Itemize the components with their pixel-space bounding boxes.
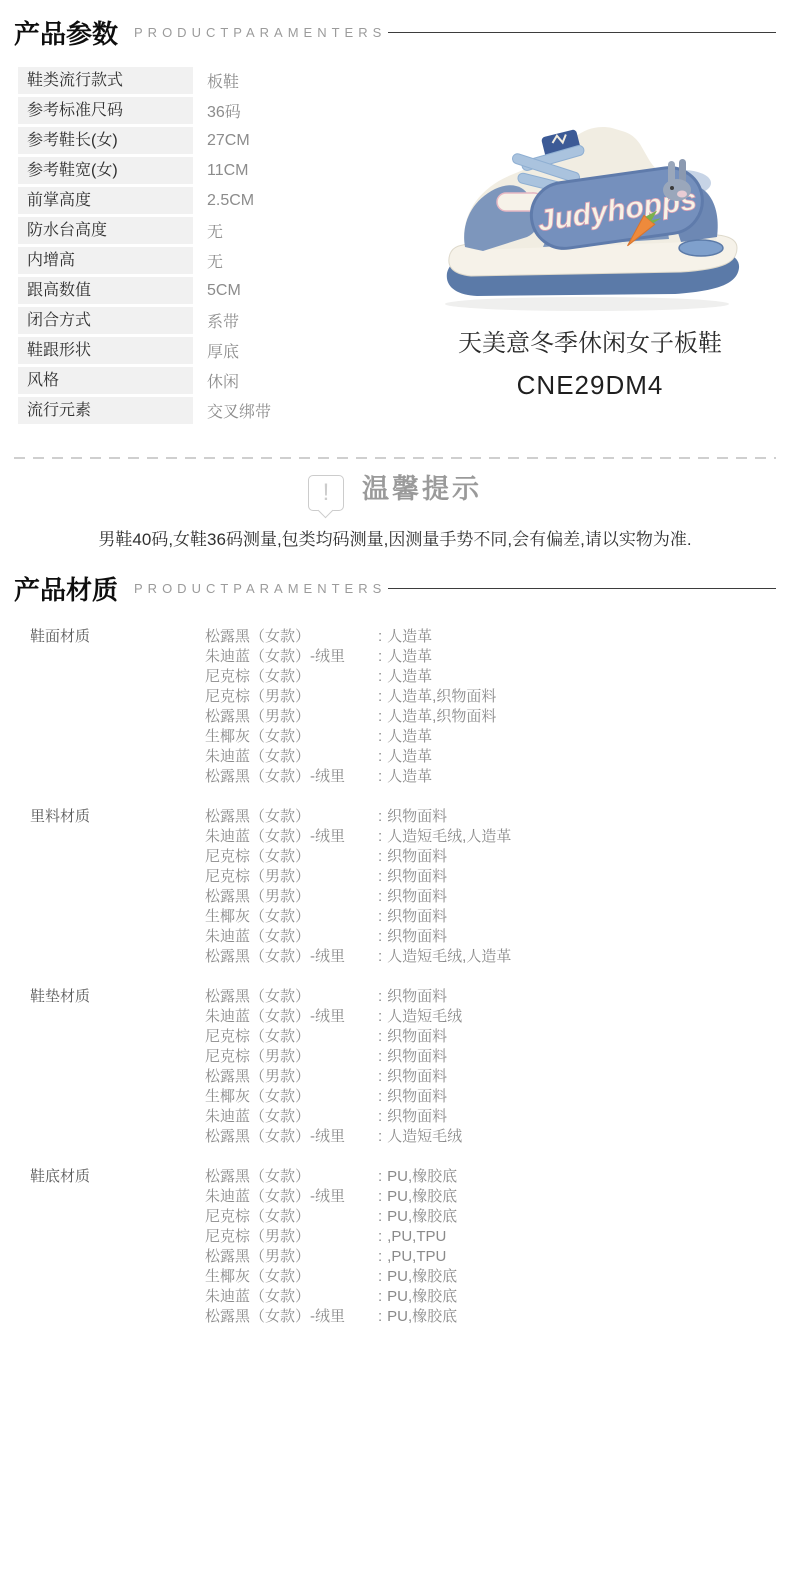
colon-separator: :: [378, 1047, 382, 1067]
colon-separator: :: [378, 1267, 382, 1287]
list-item: 松露黑（女款）:织物面料: [205, 807, 790, 827]
param-label: 参考标准尺码: [18, 97, 193, 124]
param-table: 鞋类流行款式 板鞋 参考标准尺码 36码 参考鞋长(女) 27CM 参考鞋宽(女…: [18, 67, 390, 427]
param-label: 跟高数值: [18, 277, 193, 304]
list-item: 松露黑（女款）:PU,橡胶底: [205, 1167, 790, 1187]
list-item: 松露黑（女款）:人造革: [205, 627, 790, 647]
colon-separator: :: [378, 807, 382, 827]
colon-separator: :: [378, 1167, 382, 1187]
material-value: 织物面料: [387, 1107, 447, 1127]
material-value: PU,橡胶底: [387, 1187, 457, 1207]
param-label: 参考鞋宽(女): [18, 157, 193, 184]
colon-separator: :: [378, 1087, 382, 1107]
param-label: 风格: [18, 367, 193, 394]
material-group-label: 鞋底材质: [30, 1167, 205, 1327]
table-row: 鞋类流行款式 板鞋: [18, 67, 390, 94]
material-group-insole: 鞋垫材质 松露黑（女款）:织物面料 朱迪蓝（女款）-绒里:人造短毛绒 尼克棕（女…: [0, 987, 790, 1147]
param-value: 无: [193, 219, 223, 242]
colon-separator: :: [378, 827, 382, 847]
material-value: ,PU,TPU: [387, 1227, 446, 1247]
material-variant: 松露黑（女款）: [205, 807, 378, 827]
exclamation-bubble-icon: !: [308, 475, 344, 511]
param-label: 内增高: [18, 247, 193, 274]
material-variant: 朱迪蓝（女款）: [205, 1107, 378, 1127]
table-row: 前掌高度 2.5CM: [18, 187, 390, 214]
list-item: 松露黑（女款）-绒里:人造短毛绒,人造革: [205, 947, 790, 967]
material-variant: 松露黑（男款）: [205, 887, 378, 907]
material-variant: 朱迪蓝（女款）: [205, 927, 378, 947]
params-section-header: 产品参数 PRODUCTPARAMENTERS: [0, 0, 790, 51]
material-variant: 松露黑（女款）-绒里: [205, 767, 378, 787]
list-item: 松露黑（女款）-绒里:PU,橡胶底: [205, 1307, 790, 1327]
material-group-items: 松露黑（女款）:PU,橡胶底 朱迪蓝（女款）-绒里:PU,橡胶底 尼克棕（女款）…: [205, 1167, 790, 1327]
material-value: 织物面料: [387, 1047, 447, 1067]
colon-separator: :: [378, 947, 382, 967]
material-variant: 松露黑（女款）-绒里: [205, 947, 378, 967]
materials-section-title: 产品材质: [14, 570, 118, 607]
material-group-label: 里料材质: [30, 807, 205, 967]
material-value: 织物面料: [387, 887, 447, 907]
tips-note: 男鞋40码,女鞋36码测量,包类均码测量,因测量手势不同,会有偏差,请以实物为准…: [0, 525, 790, 550]
shoe-shadow: [445, 297, 729, 311]
colon-separator: :: [378, 1067, 382, 1087]
material-group-label: 鞋垫材质: [30, 987, 205, 1147]
material-variant: 松露黑（女款）-绒里: [205, 1127, 378, 1147]
material-variant: 朱迪蓝（女款）-绒里: [205, 1007, 378, 1027]
param-value: 无: [193, 249, 223, 272]
colon-separator: :: [378, 667, 382, 687]
material-variant: 尼克棕（男款）: [205, 867, 378, 887]
colon-separator: :: [378, 1287, 382, 1307]
param-label: 防水台高度: [18, 217, 193, 244]
material-value: PU,橡胶底: [387, 1207, 457, 1227]
colon-separator: :: [378, 907, 382, 927]
colon-separator: :: [378, 1247, 382, 1267]
colon-separator: :: [378, 627, 382, 647]
colon-separator: :: [378, 1227, 382, 1247]
colon-separator: :: [378, 1127, 382, 1147]
param-label: 鞋跟形状: [18, 337, 193, 364]
material-variant: 尼克棕（女款）: [205, 1207, 378, 1227]
material-variant: 尼克棕（女款）: [205, 667, 378, 687]
table-row: 跟高数值 5CM: [18, 277, 390, 304]
table-row: 参考鞋宽(女) 11CM: [18, 157, 390, 184]
table-row: 参考标准尺码 36码: [18, 97, 390, 124]
product-detail-page: 产品参数 PRODUCTPARAMENTERS 鞋类流行款式 板鞋 参考标准尺码…: [0, 0, 790, 1570]
colon-separator: :: [378, 767, 382, 787]
materials-section-subtitle: PRODUCTPARAMENTERS: [134, 581, 386, 596]
materials-section-header: 产品材质 PRODUCTPARAMENTERS: [0, 570, 790, 607]
param-value: 27CM: [193, 132, 250, 150]
table-row: 流行元素 交叉绑带: [18, 397, 390, 424]
param-label: 前掌高度: [18, 187, 193, 214]
params-section-title: 产品参数: [14, 14, 118, 51]
list-item: 尼克棕（男款）:织物面料: [205, 1047, 790, 1067]
list-item: 松露黑（男款）:,PU,TPU: [205, 1247, 790, 1267]
material-value: 织物面料: [387, 1087, 447, 1107]
list-item: 朱迪蓝（女款）-绒里:人造短毛绒: [205, 1007, 790, 1027]
colon-separator: :: [378, 1207, 382, 1227]
params-section-subtitle: PRODUCTPARAMENTERS: [134, 25, 386, 40]
param-value: 板鞋: [193, 69, 239, 92]
list-item: 朱迪蓝（女款）-绒里:PU,橡胶底: [205, 1187, 790, 1207]
param-value: 11CM: [193, 162, 249, 180]
material-variant: 朱迪蓝（女款）-绒里: [205, 1187, 378, 1207]
list-item: 朱迪蓝（女款）:PU,橡胶底: [205, 1287, 790, 1307]
material-value: 织物面料: [387, 847, 447, 867]
list-item: 尼克棕（女款）:人造革: [205, 667, 790, 687]
list-item: 松露黑（女款）-绒里:人造短毛绒: [205, 1127, 790, 1147]
list-item: 松露黑（男款）:织物面料: [205, 887, 790, 907]
material-value: PU,橡胶底: [387, 1267, 457, 1287]
param-value: 5CM: [193, 282, 241, 300]
material-variant: 朱迪蓝（女款）-绒里: [205, 827, 378, 847]
list-item: 尼克棕（男款）:人造革,织物面料: [205, 687, 790, 707]
colon-separator: :: [378, 1307, 382, 1327]
material-value: ,PU,TPU: [387, 1247, 446, 1267]
colon-separator: :: [378, 987, 382, 1007]
material-variant: 松露黑（女款）: [205, 987, 378, 1007]
colon-separator: :: [378, 1187, 382, 1207]
param-label: 闭合方式: [18, 307, 193, 334]
table-row: 闭合方式 系带: [18, 307, 390, 334]
colon-separator: :: [378, 647, 382, 667]
material-variant: 松露黑（男款）: [205, 707, 378, 727]
material-value: 人造短毛绒: [387, 1007, 462, 1027]
colon-separator: :: [378, 747, 382, 767]
material-group-items: 松露黑（女款）:织物面料 朱迪蓝（女款）-绒里:人造短毛绒,人造革 尼克棕（女款…: [205, 807, 790, 967]
list-item: 生椰灰（女款）:织物面料: [205, 907, 790, 927]
material-variant: 松露黑（女款）: [205, 1167, 378, 1187]
list-item: 朱迪蓝（女款）:织物面料: [205, 1107, 790, 1127]
param-label: 参考鞋长(女): [18, 127, 193, 154]
colon-separator: :: [378, 847, 382, 867]
material-variant: 尼克棕（男款）: [205, 687, 378, 707]
param-label: 流行元素: [18, 397, 193, 424]
colon-separator: :: [378, 1107, 382, 1127]
header-rule: [388, 32, 776, 33]
list-item: 松露黑（男款）:人造革,织物面料: [205, 707, 790, 727]
material-value: PU,橡胶底: [387, 1307, 457, 1327]
table-row: 防水台高度 无: [18, 217, 390, 244]
material-variant: 生椰灰（女款）: [205, 1087, 378, 1107]
material-variant: 尼克棕（男款）: [205, 1047, 378, 1067]
colon-separator: :: [378, 927, 382, 947]
list-item: 尼克棕（女款）:PU,橡胶底: [205, 1207, 790, 1227]
dashed-divider: [14, 457, 776, 459]
material-value: 织物面料: [387, 1067, 447, 1087]
material-value: 人造短毛绒,人造革: [387, 827, 511, 847]
list-item: 朱迪蓝（女款）:织物面料: [205, 927, 790, 947]
material-value: 织物面料: [387, 867, 447, 887]
material-value: 织物面料: [387, 927, 447, 947]
product-code: CNE29DM4: [517, 370, 664, 401]
material-variant: 朱迪蓝（女款）: [205, 747, 378, 767]
material-value: 人造革: [387, 667, 432, 687]
list-item: 生椰灰（女款）:人造革: [205, 727, 790, 747]
list-item: 尼克棕（男款）:,PU,TPU: [205, 1227, 790, 1247]
list-item: 尼克棕（女款）:织物面料: [205, 847, 790, 867]
material-value: 人造革,织物面料: [387, 687, 496, 707]
material-variant: 生椰灰（女款）: [205, 907, 378, 927]
material-group-items: 松露黑（女款）:人造革 朱迪蓝（女款）-绒里:人造革 尼克棕（女款）:人造革 尼…: [205, 627, 790, 787]
param-value: 交叉绑带: [193, 399, 271, 422]
material-variant: 尼克棕（男款）: [205, 1227, 378, 1247]
shoe-image: Judyhopps: [425, 97, 755, 319]
list-item: 尼克棕（女款）:织物面料: [205, 1027, 790, 1047]
param-value: 36码: [193, 99, 241, 122]
colon-separator: :: [378, 1007, 382, 1027]
product-block: Judyhopps 天美意冬季休闲女子板鞋 C: [390, 67, 790, 427]
material-value: 人造短毛绒: [387, 1127, 462, 1147]
material-value: 织物面料: [387, 807, 447, 827]
material-group-upper: 鞋面材质 松露黑（女款）:人造革 朱迪蓝（女款）-绒里:人造革 尼克棕（女款）:…: [0, 627, 790, 787]
table-row: 风格 休闲: [18, 367, 390, 394]
material-group-label: 鞋面材质: [30, 627, 205, 787]
table-row: 鞋跟形状 厚底: [18, 337, 390, 364]
param-label: 鞋类流行款式: [18, 67, 193, 94]
list-item: 松露黑（男款）:织物面料: [205, 1067, 790, 1087]
colon-separator: :: [378, 727, 382, 747]
material-value: 人造革: [387, 627, 432, 647]
material-value: 人造革,织物面料: [387, 707, 496, 727]
material-value: 人造短毛绒,人造革: [387, 947, 511, 967]
list-item: 生椰灰（女款）:PU,橡胶底: [205, 1267, 790, 1287]
material-variant: 朱迪蓝（女款）-绒里: [205, 647, 378, 667]
header-rule: [388, 588, 776, 589]
param-value: 2.5CM: [193, 192, 254, 210]
tips-title: 温馨提示: [362, 467, 482, 506]
params-body: 鞋类流行款式 板鞋 参考标准尺码 36码 参考鞋长(女) 27CM 参考鞋宽(女…: [0, 67, 790, 427]
material-value: PU,橡胶底: [387, 1167, 457, 1187]
material-value: 织物面料: [387, 987, 447, 1007]
material-value: 人造革: [387, 747, 432, 767]
param-value: 厚底: [193, 339, 239, 362]
tips-section: ! 温馨提示 男鞋40码,女鞋36码测量,包类均码测量,因测量手势不同,会有偏差…: [0, 457, 790, 550]
material-value: 织物面料: [387, 1027, 447, 1047]
material-value: 织物面料: [387, 907, 447, 927]
material-value: 人造革: [387, 727, 432, 747]
material-variant: 松露黑（男款）: [205, 1067, 378, 1087]
colon-separator: :: [378, 867, 382, 887]
colon-separator: :: [378, 1027, 382, 1047]
material-variant: 尼克棕（女款）: [205, 847, 378, 867]
colon-separator: :: [378, 687, 382, 707]
material-variant: 尼克棕（女款）: [205, 1027, 378, 1047]
material-variant: 松露黑（女款）: [205, 627, 378, 647]
colon-separator: :: [378, 887, 382, 907]
param-value: 系带: [193, 309, 239, 332]
material-group-items: 松露黑（女款）:织物面料 朱迪蓝（女款）-绒里:人造短毛绒 尼克棕（女款）:织物…: [205, 987, 790, 1147]
param-value: 休闲: [193, 369, 239, 392]
list-item: 朱迪蓝（女款）:人造革: [205, 747, 790, 767]
list-item: 尼克棕（男款）:织物面料: [205, 867, 790, 887]
list-item: 生椰灰（女款）:织物面料: [205, 1087, 790, 1107]
heel-gel-piece: [679, 240, 723, 256]
material-value: PU,橡胶底: [387, 1287, 457, 1307]
material-group-lining: 里料材质 松露黑（女款）:织物面料 朱迪蓝（女款）-绒里:人造短毛绒,人造革 尼…: [0, 807, 790, 967]
material-variant: 生椰灰（女款）: [205, 1267, 378, 1287]
material-variant: 朱迪蓝（女款）: [205, 1287, 378, 1307]
table-row: 参考鞋长(女) 27CM: [18, 127, 390, 154]
colon-separator: :: [378, 707, 382, 727]
product-name: 天美意冬季休闲女子板鞋: [458, 323, 722, 358]
material-variant: 松露黑（女款）-绒里: [205, 1307, 378, 1327]
tips-head: ! 温馨提示: [0, 467, 790, 511]
material-variant: 松露黑（男款）: [205, 1247, 378, 1267]
table-row: 内增高 无: [18, 247, 390, 274]
material-variant: 生椰灰（女款）: [205, 727, 378, 747]
list-item: 朱迪蓝（女款）-绒里:人造革: [205, 647, 790, 667]
list-item: 朱迪蓝（女款）-绒里:人造短毛绒,人造革: [205, 827, 790, 847]
list-item: 松露黑（女款）-绒里:人造革: [205, 767, 790, 787]
material-group-outsole: 鞋底材质 松露黑（女款）:PU,橡胶底 朱迪蓝（女款）-绒里:PU,橡胶底 尼克…: [0, 1167, 790, 1327]
list-item: 松露黑（女款）:织物面料: [205, 987, 790, 1007]
material-value: 人造革: [387, 647, 432, 667]
material-value: 人造革: [387, 767, 432, 787]
